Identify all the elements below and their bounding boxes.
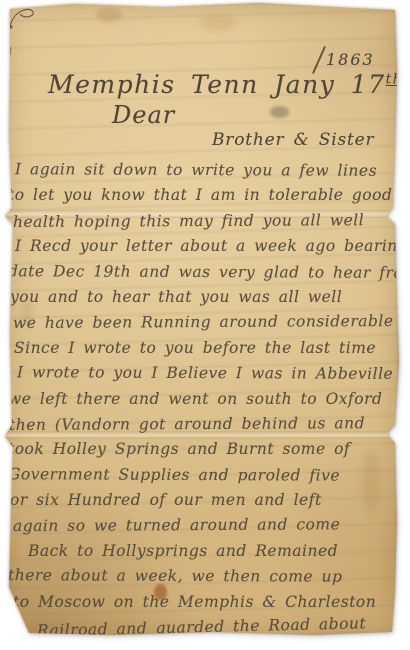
letter-line: then (Vandorn got around behind us and — [8, 411, 397, 438]
dateline-text: Memphis Tenn Jany 17 — [48, 70, 386, 99]
year: 1863 — [326, 50, 375, 69]
letter-line: you and to hear that you was all well — [8, 285, 397, 310]
letter-line: I wrote to you I Believe I was in Abbevi… — [8, 360, 397, 387]
letter-line: Back to Hollysprings and Remained — [8, 539, 397, 564]
letter-line: I again sit down to write you a few line… — [8, 157, 397, 184]
paper-shadow: 1863 Memphis Tenn Jany 17th Dear Brother… — [4, 2, 399, 638]
salutation-dear: Dear — [112, 101, 175, 129]
stray-ink-mark — [4, 2, 64, 72]
letter-line: Government Supplies and paroled five — [8, 462, 397, 489]
letter-body: I again sit down to write you a few line… — [8, 158, 397, 640]
letter-line: we have been Running around considerable — [8, 309, 397, 336]
letter-paper: 1863 Memphis Tenn Jany 17th Dear Brother… — [4, 2, 399, 638]
dateline: Memphis Tenn Jany 17th — [48, 70, 403, 99]
letter-line: Railroad and guarded the Road about — [8, 611, 397, 645]
letter-line: or six Hundred of our men and left — [8, 488, 397, 513]
letter-line: to let you know that I am in tolerable g… — [8, 183, 397, 208]
stain-mark — [200, 14, 236, 31]
letter-line: health hoping this may find you all well — [8, 208, 397, 235]
ink-smudge — [270, 106, 289, 118]
letter-photo: 1863 Memphis Tenn Jany 17th Dear Brother… — [0, 0, 410, 650]
letter-line: Since I wrote to you before the last tim… — [8, 336, 397, 361]
letter-line: date Dec 19th and was very glad to hear … — [8, 259, 397, 286]
salutation-brother-sister: Brother & Sister — [212, 130, 374, 150]
letter-line: there about a week, we then come up — [8, 563, 397, 590]
dateline-ordinal-suffix: th — [386, 72, 403, 88]
letter-line: I Recd your letter about a week ago bear… — [8, 234, 397, 259]
letter-line: took Holley Springs and Burnt some of — [8, 437, 397, 462]
letter-line: again so we turned around and come — [8, 512, 397, 539]
stain-mark — [96, 8, 122, 22]
letter-line: we left there and went on south to Oxfor… — [8, 387, 397, 412]
